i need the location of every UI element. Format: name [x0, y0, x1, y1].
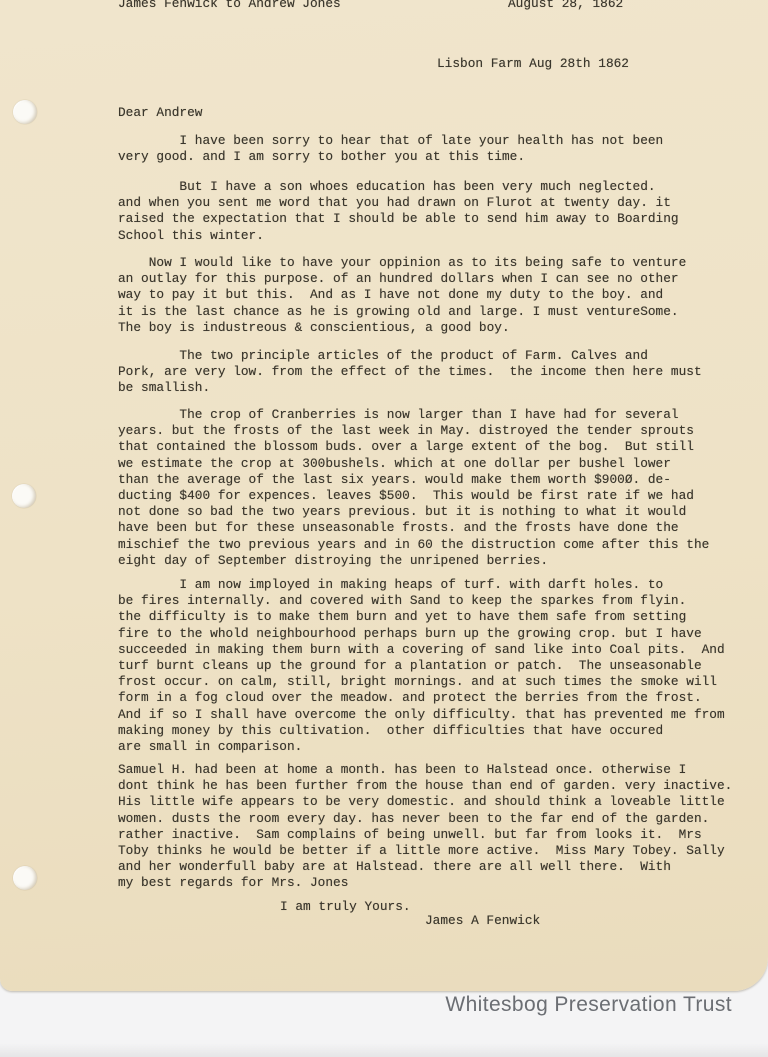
signature: James A Fenwick — [425, 913, 540, 929]
bottom-edge-shadow — [0, 1043, 768, 1057]
paragraph-turf-heaps: I am now imployed in making heaps of tur… — [118, 577, 725, 755]
salutation: Dear Andrew — [118, 105, 202, 121]
dateline: Lisbon Farm Aug 28th 1862 — [437, 56, 629, 72]
scanned-letter: James Fenwick to Andrew Jones August 28,… — [0, 0, 768, 1057]
punch-hole-top — [13, 100, 37, 124]
paragraph-outlay-opinion: Now I would like to have your oppinion a… — [118, 255, 686, 336]
punch-hole-middle — [12, 484, 36, 508]
paragraph-samuel-family: Samuel H. had been at home a month. has … — [118, 762, 732, 892]
valediction: I am truly Yours. — [280, 899, 411, 915]
letter-page: James Fenwick to Andrew Jones August 28,… — [0, 0, 768, 991]
paragraph-cranberry-crop: The crop of Cranberries is now larger th… — [118, 407, 709, 569]
punch-hole-bottom — [13, 866, 37, 890]
paragraph-health: I have been sorry to hear that of late y… — [118, 133, 663, 165]
archive-header-date: August 28, 1862 — [508, 0, 623, 12]
paragraph-son-education: But I have a son whoes education has bee… — [118, 179, 679, 244]
paragraph-farm-products: The two principle articles of the produc… — [118, 348, 702, 397]
archive-header-correspondents: James Fenwick to Andrew Jones — [118, 0, 341, 12]
watermark-text: Whitesbog Preservation Trust — [445, 993, 732, 1017]
